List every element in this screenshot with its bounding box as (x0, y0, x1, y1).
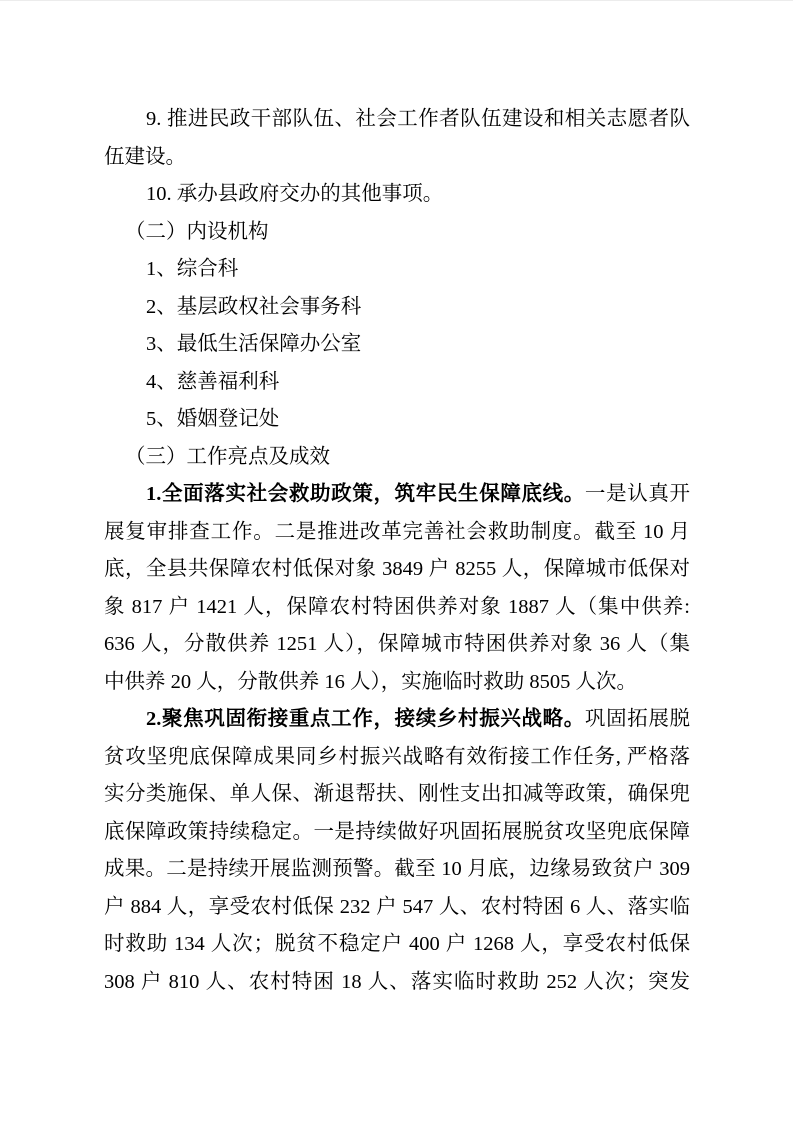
text-line: （二）内设机构 (104, 214, 690, 252)
text-line: 底，全县共保障农村低保对象 3849 户 8255 人，保障城市低保对 (104, 551, 690, 589)
document-page: 9. 推进民政干部队伍、社会工作者队伍建设和相关志愿者队伍建设。10. 承办县政… (0, 0, 793, 1122)
text-segment: 贫攻坚兜底保障成果同乡村振兴战略有效衔接工作任务, 严格落 (104, 746, 690, 768)
text-segment: 底保障政策持续稳定。一是持续做好巩固拓展脱贫攻坚兜底保障 (104, 821, 690, 843)
text-segment: 3、最低生活保障办公室 (146, 333, 361, 355)
text-segment: 5、婚姻登记处 (146, 408, 279, 430)
text-line: 时救助 134 人次；脱贫不稳定户 400 户 1268 人，享受农村低保 (104, 926, 690, 964)
text-line: 中供养 20 人，分散供养 16 人），实施临时救助 8505 人次。 (104, 664, 690, 702)
text-segment: 户 884 人，享受农村低保 232 户 547 人、农村特困 6 人、落实临 (104, 896, 690, 918)
text-line: 10. 承办县政府交办的其他事项。 (104, 176, 690, 214)
bold-text-segment: 1.全面落实社会救助政策，筑牢民生保障底线。 (146, 483, 585, 505)
text-line: 底保障政策持续稳定。一是持续做好巩固拓展脱贫攻坚兜底保障 (104, 814, 690, 852)
text-line: 9. 推进民政干部队伍、社会工作者队伍建设和相关志愿者队 (104, 101, 690, 139)
text-line: 4、慈善福利科 (104, 364, 690, 402)
text-segment: 实分类施保、单人保、渐退帮扶、刚性支出扣减等政策，确保兜 (104, 783, 690, 805)
text-line: 展复审排查工作。二是推进改革完善社会救助制度。截至 10 月 (104, 514, 690, 552)
text-line: 5、婚姻登记处 (104, 401, 690, 439)
text-segment: 底，全县共保障农村低保对象 3849 户 8255 人，保障城市低保对 (104, 558, 690, 580)
text-segment: 中供养 20 人，分散供养 16 人），实施临时救助 8505 人次。 (104, 671, 637, 693)
text-line: （三）工作亮点及成效 (104, 439, 690, 477)
text-segment: 伍建设。 (104, 146, 186, 168)
text-line: 308 户 810 人、农村特困 18 人、落实临时救助 252 人次；突发 (104, 964, 690, 1002)
text-segment: 308 户 810 人、农村特困 18 人、落实临时救助 252 人次；突发 (104, 971, 690, 993)
text-segment: 636 人，分散供养 1251 人），保障城市特困供养对象 36 人（集 (104, 633, 690, 655)
text-line: 象 817 户 1421 人，保障农村特困供养对象 1887 人（集中供养: (104, 589, 690, 627)
text-segment: 10. 承办县政府交办的其他事项。 (146, 183, 443, 205)
text-line: 3、最低生活保障办公室 (104, 326, 690, 364)
text-segment: （二）内设机构 (125, 221, 269, 243)
text-line: 1.全面落实社会救助政策，筑牢民生保障底线。一是认真开 (104, 476, 690, 514)
text-line: 2、基层政权社会事务科 (104, 289, 690, 327)
text-segment: 时救助 134 人次；脱贫不稳定户 400 户 1268 人，享受农村低保 (104, 933, 690, 955)
text-segment: 9. 推进民政干部队伍、社会工作者队伍建设和相关志愿者队 (146, 108, 690, 130)
text-segment: 成果。二是持续开展监测预警。截至 10 月底，边缘易致贫户 309 (104, 858, 690, 880)
text-line: 2.聚焦巩固衔接重点工作，接续乡村振兴战略。巩固拓展脱 (104, 701, 690, 739)
text-line: 户 884 人，享受农村低保 232 户 547 人、农村特困 6 人、落实临 (104, 889, 690, 927)
text-line: 成果。二是持续开展监测预警。截至 10 月底，边缘易致贫户 309 (104, 851, 690, 889)
text-segment: 展复审排查工作。二是推进改革完善社会救助制度。截至 10 月 (104, 521, 690, 543)
text-segment: 2、基层政权社会事务科 (146, 296, 361, 318)
text-segment: 巩固拓展脱 (585, 708, 690, 730)
text-line: 伍建设。 (104, 139, 690, 177)
text-segment: （三）工作亮点及成效 (125, 446, 330, 468)
text-line: 贫攻坚兜底保障成果同乡村振兴战略有效衔接工作任务, 严格落 (104, 739, 690, 777)
text-segment: 象 817 户 1421 人，保障农村特困供养对象 1887 人（集中供养: (104, 596, 690, 618)
text-line: 实分类施保、单人保、渐退帮扶、刚性支出扣减等政策，确保兜 (104, 776, 690, 814)
text-segment: 一是认真开 (585, 483, 690, 505)
text-line: 636 人，分散供养 1251 人），保障城市特困供养对象 36 人（集 (104, 626, 690, 664)
document-body: 9. 推进民政干部队伍、社会工作者队伍建设和相关志愿者队伍建设。10. 承办县政… (104, 101, 690, 1001)
text-segment: 4、慈善福利科 (146, 371, 279, 393)
bold-text-segment: 2.聚焦巩固衔接重点工作，接续乡村振兴战略。 (146, 708, 585, 730)
text-line: 1、综合科 (104, 251, 690, 289)
text-segment: 1、综合科 (146, 258, 238, 280)
